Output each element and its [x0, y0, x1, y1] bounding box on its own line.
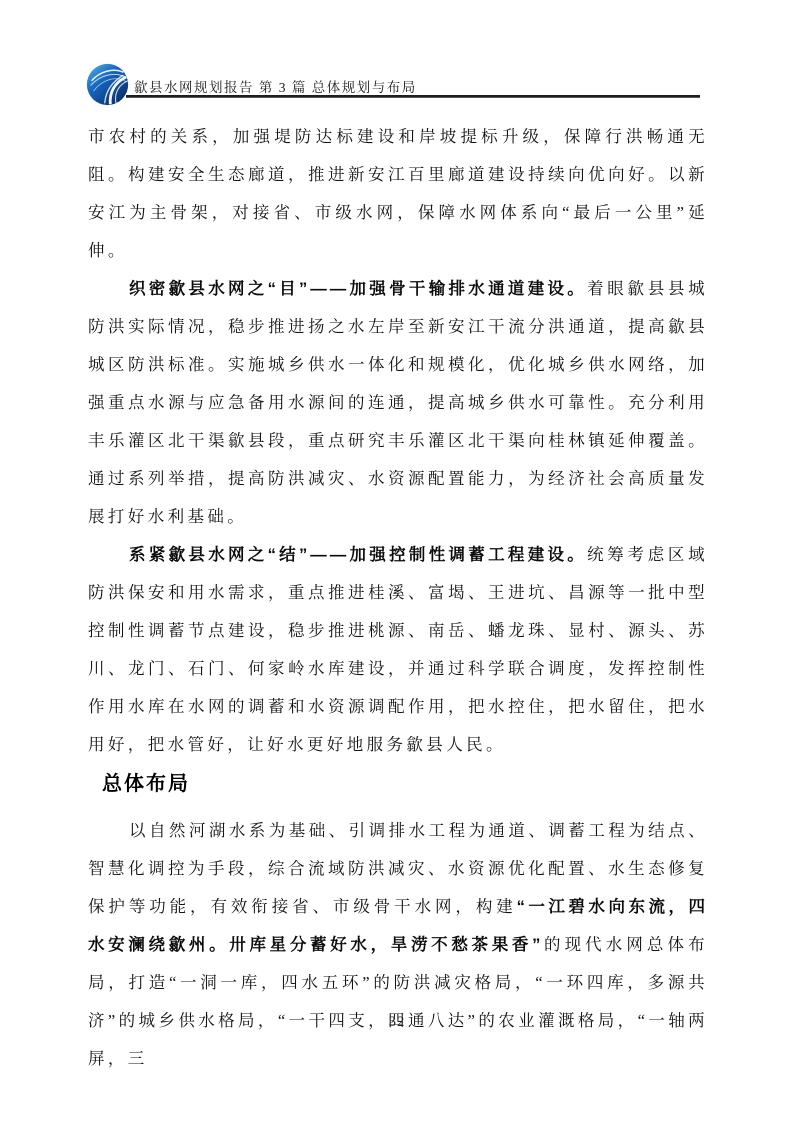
- bold-run: 织密歙县水网之“目”——加强骨干输排水通道建设。: [129, 280, 587, 298]
- section-heading: 总体布局: [102, 767, 708, 801]
- text-run: 统筹考虑区域防洪保安和用水需求，重点推进桂溪、富堨、王进坑、昌源等一批中型控制性…: [88, 545, 708, 754]
- text-run: 的现代水网总体布局，打造“一洞一库，四水五环”的防洪减灾格局，“一环四库，多源共…: [88, 935, 708, 1068]
- text-run: 着眼歙县县城防洪实际情况，稳步推进扬之水左岸至新安江干流分洪通道，提高歙县城区防…: [88, 279, 708, 526]
- header-title: 歙县水网规划报告 第 3 篇 总体规划与布局: [134, 76, 417, 96]
- header-rule: [126, 95, 700, 98]
- paragraph: 以自然河湖水系为基础、引调排水工程为通道、调蓄工程为结点、智慧化调控为手段，综合…: [88, 812, 708, 1078]
- section-paragraphs: 以自然河湖水系为基础、引调排水工程为通道、调蓄工程为结点、智慧化调控为手段，综合…: [88, 812, 708, 1078]
- continued-paragraphs: 市农村的关系，加强堤防达标建设和岸坡提标升级，保障行洪畅通无阻。构建安全生态廊道…: [88, 118, 708, 764]
- paragraph: 市农村的关系，加强堤防达标建设和岸坡提标升级，保障行洪畅通无阻。构建安全生态廊道…: [88, 118, 708, 270]
- bold-run: 系紧歙县水网之“结”——加强控制性调蓄工程建设。: [129, 546, 587, 564]
- text-run: 市农村的关系，加强堤防达标建设和岸坡提标升级，保障行洪畅通无阻。构建安全生态廊道…: [88, 127, 708, 260]
- document-page: 歙县水网规划报告 第 3 篇 总体规划与布局 市农村的关系，加强堤防达标建设和岸…: [0, 0, 794, 1122]
- paragraph: 系紧歙县水网之“结”——加强控制性调蓄工程建设。统筹考虑区域防洪保安和用水需求，…: [88, 536, 708, 764]
- water-network-logo-icon: [85, 62, 130, 107]
- document-body: 市农村的关系，加强堤防达标建设和岸坡提标升级，保障行洪畅通无阻。构建安全生态廊道…: [88, 118, 708, 1078]
- page-header: 歙县水网规划报告 第 3 篇 总体规划与布局: [88, 62, 708, 112]
- page-number: 32: [0, 1014, 794, 1031]
- paragraph: 织密歙县水网之“目”——加强骨干输排水通道建设。着眼歙县县城防洪实际情况，稳步推…: [88, 270, 708, 536]
